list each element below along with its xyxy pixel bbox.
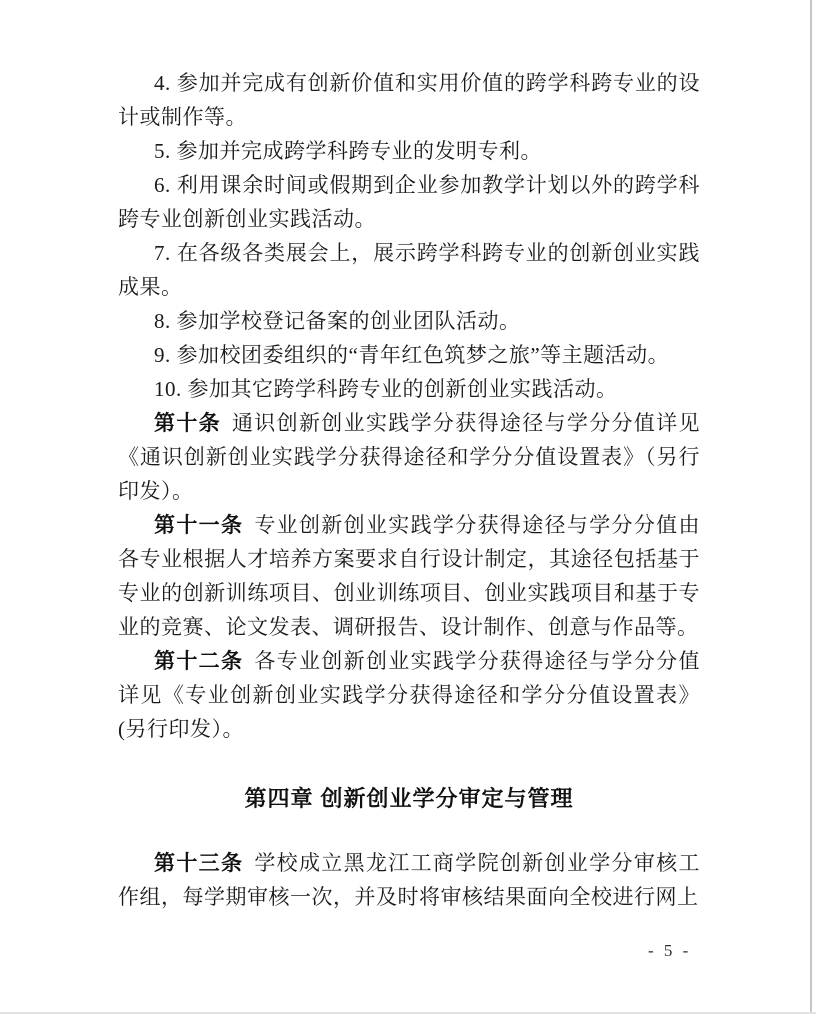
paragraph-text: 5. 参加并完成跨学科跨专业的发明专利。 <box>154 139 542 163</box>
clause-lead: 第十条 <box>154 411 221 435</box>
list-item-9: 9. 参加校团委组织的“青年红色筑梦之旅”等主题活动。 <box>118 338 700 372</box>
chapter-heading: 第四章 创新创业学分审定与管理 <box>118 782 700 816</box>
paragraph-text: 10. 参加其它跨学科跨专业的创新创业实践活动。 <box>154 377 618 401</box>
clause-article-13: 第十三条学校成立黑龙江工商学院创新创业学分审核工作组，每学期审核一次，并及时将审… <box>118 846 700 914</box>
paragraph-text: 9. 参加校团委组织的“青年红色筑梦之旅”等主题活动。 <box>154 343 669 367</box>
list-item-10: 10. 参加其它跨学科跨专业的创新创业实践活动。 <box>118 372 700 406</box>
clause-lead: 第十一条 <box>154 513 243 537</box>
paragraph-text: 7. 在各级各类展会上，展示跨学科跨专业的创新创业实践成果。 <box>118 241 700 299</box>
paragraph-text: 4. 参加并完成有创新价值和实用价值的跨学科跨专业的设计或制作等。 <box>118 71 700 129</box>
paragraph-text: 8. 参加学校登记备案的创业团队活动。 <box>154 309 521 333</box>
clause-lead: 第十三条 <box>154 851 243 875</box>
clause-article-10: 第十条通识创新创业实践学分获得途径与学分分值详见《通识创新创业实践学分获得途径和… <box>118 406 700 508</box>
list-item-4: 4. 参加并完成有创新价值和实用价值的跨学科跨专业的设计或制作等。 <box>118 66 700 134</box>
list-item-6: 6. 利用课余时间或假期到企业参加教学计划以外的跨学科跨专业创新创业实践活动。 <box>118 168 700 236</box>
list-item-5: 5. 参加并完成跨学科跨专业的发明专利。 <box>118 134 700 168</box>
page-edge-line <box>810 0 812 1014</box>
clause-article-11: 第十一条专业创新创业实践学分获得途径与学分分值由各专业根据人才培养方案要求自行设… <box>118 508 700 644</box>
document-page: 4. 参加并完成有创新价值和实用价值的跨学科跨专业的设计或制作等。 5. 参加并… <box>0 0 816 1014</box>
list-item-7: 7. 在各级各类展会上，展示跨学科跨专业的创新创业实践成果。 <box>118 236 700 304</box>
paragraph-text: 6. 利用课余时间或假期到企业参加教学计划以外的跨学科跨专业创新创业实践活动。 <box>118 173 700 231</box>
clause-article-12: 第十二条各专业创新创业实践学分获得途径与学分分值详见《专业创新创业实践学分获得途… <box>118 644 700 746</box>
document-content: 4. 参加并完成有创新价值和实用价值的跨学科跨专业的设计或制作等。 5. 参加并… <box>118 66 700 914</box>
clause-lead: 第十二条 <box>154 649 243 673</box>
page-number: - 5 - <box>648 941 691 961</box>
list-item-8: 8. 参加学校登记备案的创业团队活动。 <box>118 304 700 338</box>
